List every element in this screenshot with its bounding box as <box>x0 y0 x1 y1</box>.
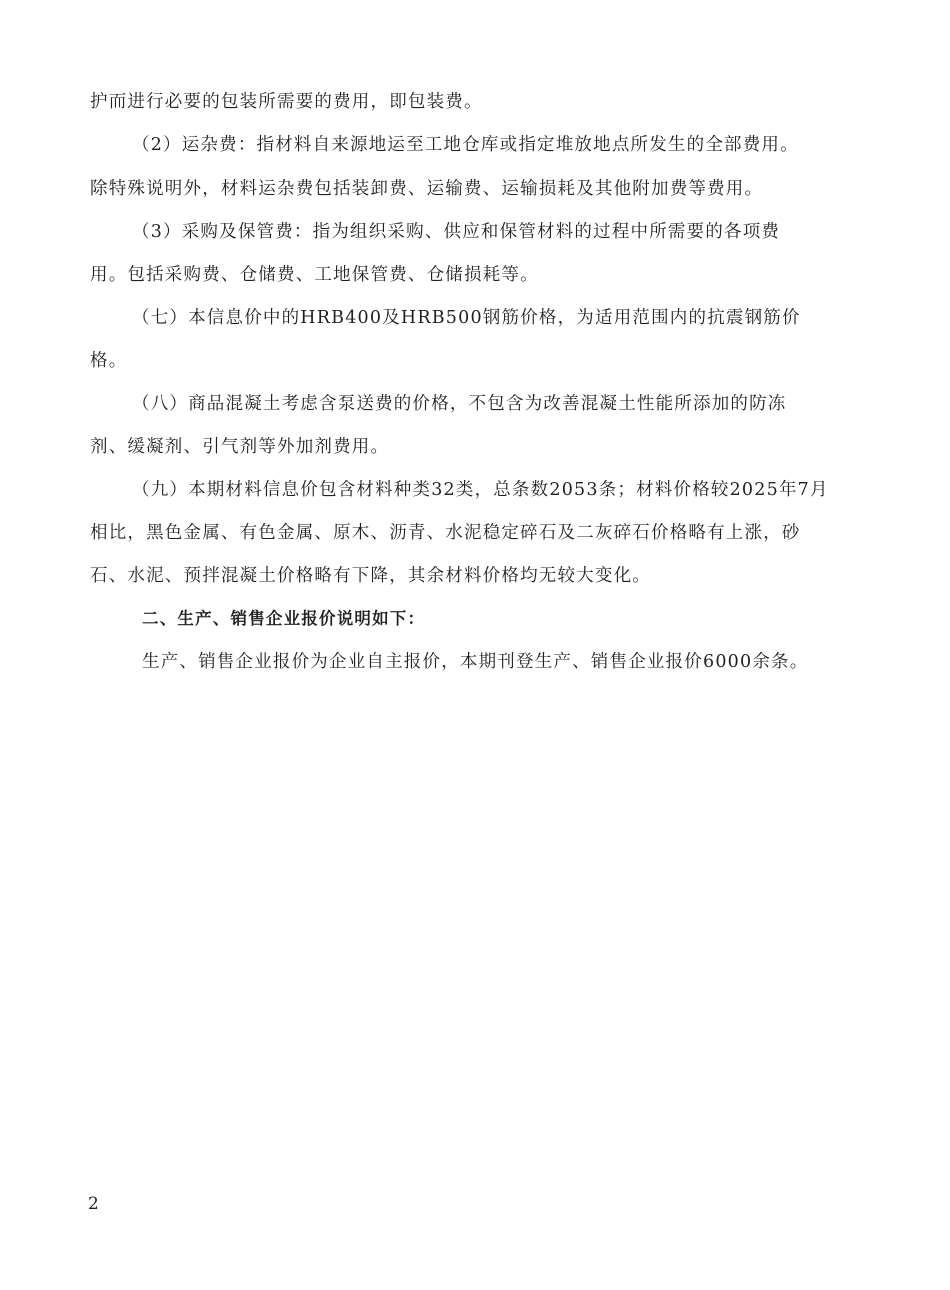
text-line: 剂、缓凝剂、引气剂等外加剂费用。 <box>90 435 870 459</box>
document-page: 护而进行必要的包装所需要的费用，即包装费。 （2）运杂费：指材料自来源地运至工地… <box>0 0 950 1290</box>
text-line-item-2: （2）运杂费：指材料自来源地运至工地仓库或指定堆放地点所发生的全部费用。 <box>132 133 912 157</box>
page-number: 2 <box>88 1194 99 1214</box>
text-line: 用。包括采购费、仓储费、工地保管费、仓储损耗等。 <box>90 263 870 287</box>
text-line: 护而进行必要的包装所需要的费用，即包装费。 <box>90 90 870 114</box>
text-line-item-3: （3）采购及保管费：指为组织采购、供应和保管材料的过程中所需要的各项费 <box>132 220 912 244</box>
text-line-item-8: （八）商品混凝土考虑含泵送费的价格，不包含为改善混凝土性能所添加的防冻 <box>132 392 912 416</box>
text-line: 除特殊说明外，材料运杂费包括装卸费、运输费、运输损耗及其他附加费等费用。 <box>90 177 870 201</box>
text-line: 格。 <box>90 349 870 373</box>
text-line-item-7: （七）本信息价中的HRB400及HRB500钢筋价格，为适用范围内的抗震钢筋价 <box>132 306 912 330</box>
text-line: 石、水泥、预拌混凝土价格略有下降，其余材料价格均无较大变化。 <box>90 564 870 588</box>
section-heading: 二、生产、销售企业报价说明如下： <box>142 607 922 631</box>
section-body: 生产、销售企业报价为企业自主报价，本期刊登生产、销售企业报价6000余条。 <box>142 650 922 674</box>
text-line-item-9: （九）本期材料信息价包含材料种类32类，总条数2053条；材料价格较2025年7… <box>132 478 912 502</box>
text-line: 相比，黑色金属、有色金属、原木、沥青、水泥稳定碎石及二灰碎石价格略有上涨，砂 <box>90 521 870 545</box>
